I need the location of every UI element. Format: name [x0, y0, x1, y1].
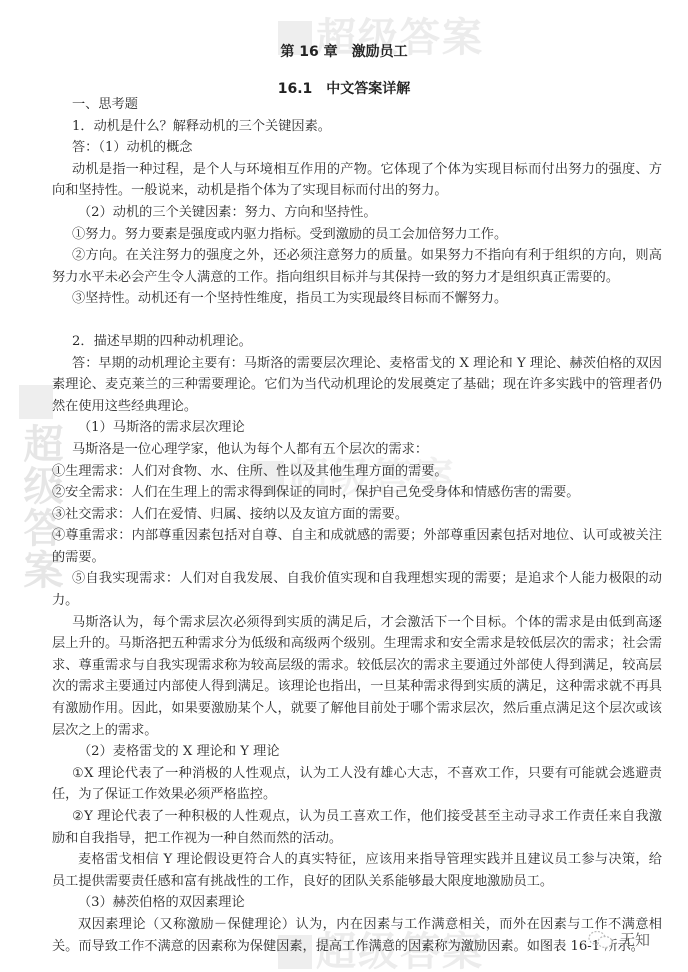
subheading: （3）赫茨伯格的双因素理论	[52, 892, 662, 914]
watermark-logo-icon	[19, 385, 53, 419]
list-item: ⑤自我实现需求：人们对自我发展、自我价值实现和自我理想实现的需要；是追求个人能力…	[52, 568, 662, 611]
heading-questions: 一、思考题	[52, 94, 662, 116]
paragraph: ②Y 理论代表了一种积极的人性观点，认为员工喜欢工作，他们接受甚至主动寻求工作责…	[52, 806, 662, 849]
paragraph: ②方向。在关注努力的强度之外，还必须注意努力的质量。如果努力不指向有利于组织的方…	[52, 245, 662, 288]
brand-label: 无知	[620, 929, 650, 950]
question-2: 2．描述早期的四种动机理论。	[52, 331, 662, 353]
wechat-icon	[588, 930, 614, 950]
paragraph: ①X 理论代表了一种消极的人性观点，认为工人没有雄心大志，不喜欢工作，只要有可能…	[52, 763, 662, 806]
footer-brand: 无知	[588, 929, 650, 950]
list-item: ②安全需求：人们在生理上的需求得到保证的同时，保护自己免受身体和情感伤害的需要。	[52, 482, 662, 504]
chapter-title: 第 16 章 激励员工	[0, 41, 688, 61]
subheading: （2）麦格雷戈的 X 理论和 Y 理论	[52, 741, 662, 763]
document-body: 一、思考题 1．动机是什么？解释动机的三个关键因素。 答：（1）动机的概念 动机…	[52, 94, 662, 957]
paragraph: 动机是指一种过程，是个人与环境相互作用的产物。它体现了个体为实现目标而付出努力的…	[52, 159, 662, 202]
question-1: 1．动机是什么？解释动机的三个关键因素。	[52, 116, 662, 138]
paragraph: ①努力。努力要素是强度或内驱力指标。受到激励的员工会加倍努力工作。	[52, 224, 662, 246]
list-item: ④尊重需求：内部尊重因素包括对自尊、自主和成就感的需要；外部尊重因素包括对地位、…	[52, 525, 662, 568]
answer-1-heading: 答：（1）动机的概念	[52, 137, 662, 159]
paragraph: 麦格雷戈相信 Y 理论假设更符合人的真实特征，应该用来指导管理实践并且建议员工参…	[52, 849, 662, 892]
subheading: （2）动机的三个关键因素：努力、方向和坚持性。	[52, 202, 662, 224]
paragraph: 双因素理论（又称激励－保健理论）认为，内在因素与工作满意相关，而外在因素与工作不…	[52, 914, 662, 957]
paragraph: 答：早期的动机理论主要有：马斯洛的需要层次理论、麦格雷戈的 X 理论和 Y 理论…	[52, 353, 662, 418]
paragraph: 马斯洛认为，每个需求层次必须得到实质的满足后，才会激活下一个目标。个体的需求是由…	[52, 612, 662, 742]
subheading: （1）马斯洛的需求层次理论	[52, 417, 662, 439]
paragraph: 马斯洛是一位心理学家，他认为每个人都有五个层次的需求：	[52, 439, 662, 461]
paragraph: ③坚持性。动机还有一个坚持性维度，指员工为实现最终目标而不懈努力。	[52, 288, 662, 310]
list-item: ①生理需求：人们对食物、水、住所、性以及其他生理方面的需要。	[52, 461, 662, 483]
list-item: ③社交需求：人们在爱情、归属、接纳以及友谊方面的需要。	[52, 504, 662, 526]
spacer	[52, 310, 662, 331]
